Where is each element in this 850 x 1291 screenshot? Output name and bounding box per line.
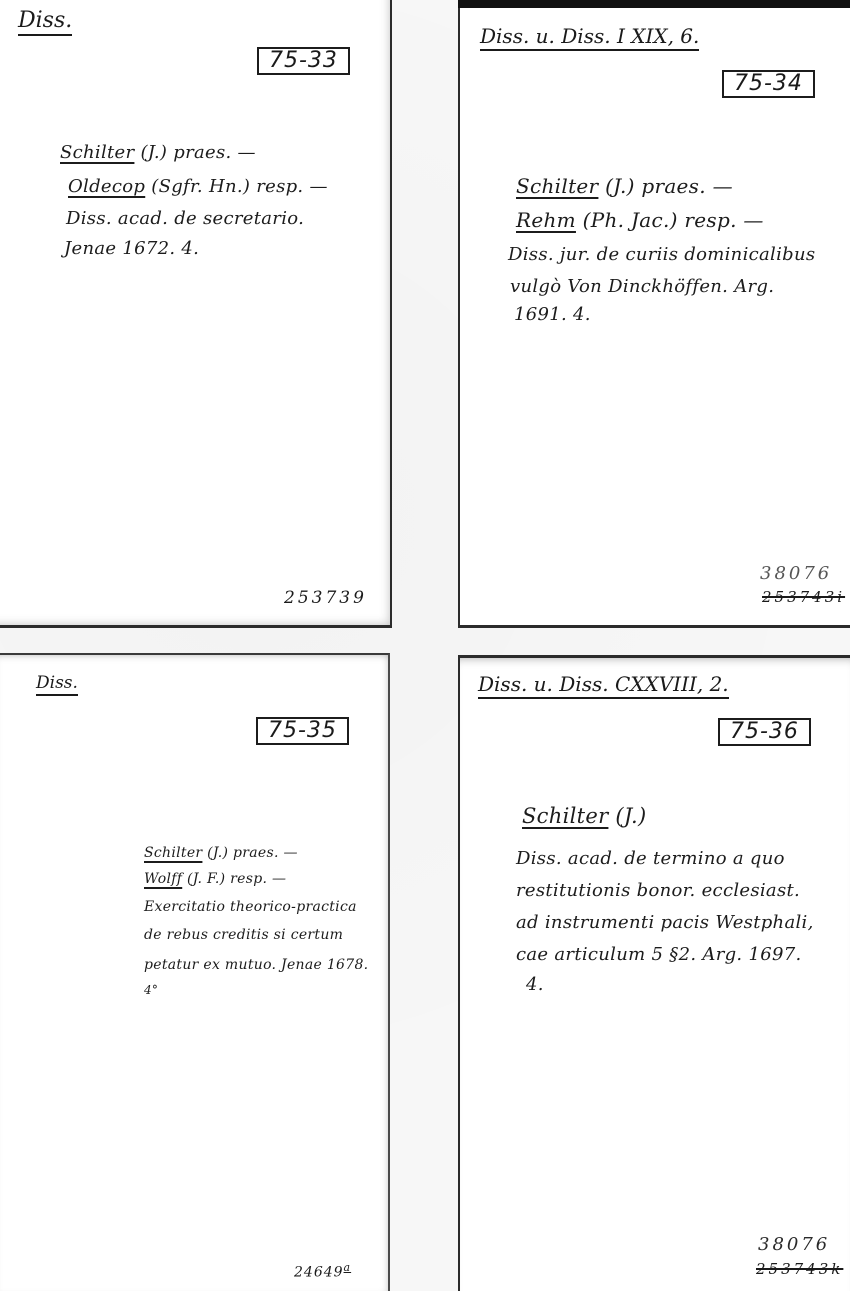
catalog-card-75-36: Diss. u. Diss. CXXVIII, 2. 75-36 Schilte… [458,655,850,1291]
inventory-number-old: 253743i [762,588,845,606]
card-header-note: Diss. u. Diss. I XIX, 6. [480,24,699,48]
header-text: Diss. u. Diss. I XIX, 6. [480,24,699,51]
entry-text: Exercitatio theorico-practica [144,899,357,915]
entry-line: Diss. jur. de curiis dominicalibus [508,244,815,265]
entry-line: Oldecop (Sgfr. Hn.) resp. — [68,176,328,197]
respondent-name: Wolff [144,871,182,887]
entry-text: de rebus creditis si certum [144,927,343,943]
card-header-note: Diss. [18,8,72,33]
entry-text: restitutionis bonor. ecclesiast. [516,880,800,901]
entry-line: petatur ex mutuo. Jenae 1678. [144,957,368,973]
shelfmark-box: 75-34 [722,70,815,98]
entry-line: Jenae 1672. 4. [64,238,199,259]
entry-text: 4. [526,974,544,995]
inventory-number-old: 253743k [756,1260,843,1278]
entry-line: Diss. acad. de termino a quo [516,848,785,869]
header-text: Diss. u. Diss. CXXVIII, 2. [478,672,729,699]
entry-text: (J.) praes. — [598,174,732,198]
entry-text: (J.) [608,804,646,828]
entry-line: 4. [526,974,544,995]
inventory-number-new: 38076 [758,1234,830,1255]
entry-line: Wolff (J. F.) resp. — [144,871,286,887]
respondent-name: Oldecop [68,176,145,197]
entry-text: (Sgfr. Hn.) resp. — [145,176,328,197]
card-header-note: Diss. u. Diss. CXXVIII, 2. [478,672,729,696]
inventory-number: 253739 [284,588,367,608]
entry-line: Schilter (J.) praes. — [516,174,733,198]
entry-text: 4° [144,983,158,997]
shelfmark-box: 75-33 [257,47,350,75]
entry-text: Diss. acad. de secretario. [66,208,304,229]
entry-text: (J.) praes. — [134,142,255,163]
entry-text: vulgò Von Dinckhöffen. Arg. [510,276,774,297]
catalog-card-75-35: Diss. 75-35 Schilter (J.) praes. — Wolff… [0,653,390,1291]
entry-line: Diss. acad. de secretario. [66,208,304,229]
entry-line: vulgò Von Dinckhöffen. Arg. [510,276,774,297]
header-text: Diss. [36,673,78,696]
entry-text: (J.) praes. — [202,845,297,861]
header-text: Diss. [18,8,72,36]
entry-line: restitutionis bonor. ecclesiast. [516,880,800,901]
entry-line: Schilter (J.) praes. — [144,845,298,861]
praeses-name: Schilter [144,845,202,861]
inventory-number-suffix: a [344,1261,352,1274]
entry-line: de rebus creditis si certum [144,927,343,943]
entry-line: 4° [144,983,158,997]
entry-text: Jenae 1672. 4. [64,238,199,259]
entry-line: Rehm (Ph. Jac.) resp. — [516,208,764,232]
entry-line: Exercitatio theorico-practica [144,899,357,915]
entry-text: cae articulum 5 §2. Arg. 1697. [516,944,802,965]
entry-line: Schilter (J.) [522,804,646,828]
entry-text: petatur ex mutuo. Jenae 1678. [144,957,368,973]
shelfmark-box: 75-35 [256,717,349,745]
entry-line: Schilter (J.) praes. — [60,142,256,163]
entry-line: 1691. 4. [514,304,591,325]
author-name: Schilter [522,804,608,828]
entry-line: ad instrumenti pacis Westphali, [516,912,814,933]
entry-text: ad instrumenti pacis Westphali, [516,912,814,933]
shelfmark-box: 75-36 [718,718,811,746]
inventory-number-main: 24649 [294,1265,344,1281]
praeses-name: Schilter [60,142,134,163]
catalog-card-75-33: Diss. 75-33 Schilter (J.) praes. — Oldec… [0,0,392,628]
inventory-number-new: 38076 [760,563,832,584]
entry-text: 1691. 4. [514,304,591,325]
respondent-name: Rehm [516,208,576,232]
catalog-card-75-34: Diss. u. Diss. I XIX, 6. 75-34 Schilter … [458,8,850,628]
card-header-note: Diss. [36,673,78,693]
entry-text: (Ph. Jac.) resp. — [576,208,764,232]
entry-text: Diss. acad. de termino a quo [516,848,785,869]
entry-text: Diss. jur. de curiis dominicalibus [508,244,815,265]
entry-text: (J. F.) resp. — [182,871,286,887]
inventory-number: 24649a [294,1261,351,1281]
entry-line: cae articulum 5 §2. Arg. 1697. [516,944,802,965]
praeses-name: Schilter [516,174,598,198]
